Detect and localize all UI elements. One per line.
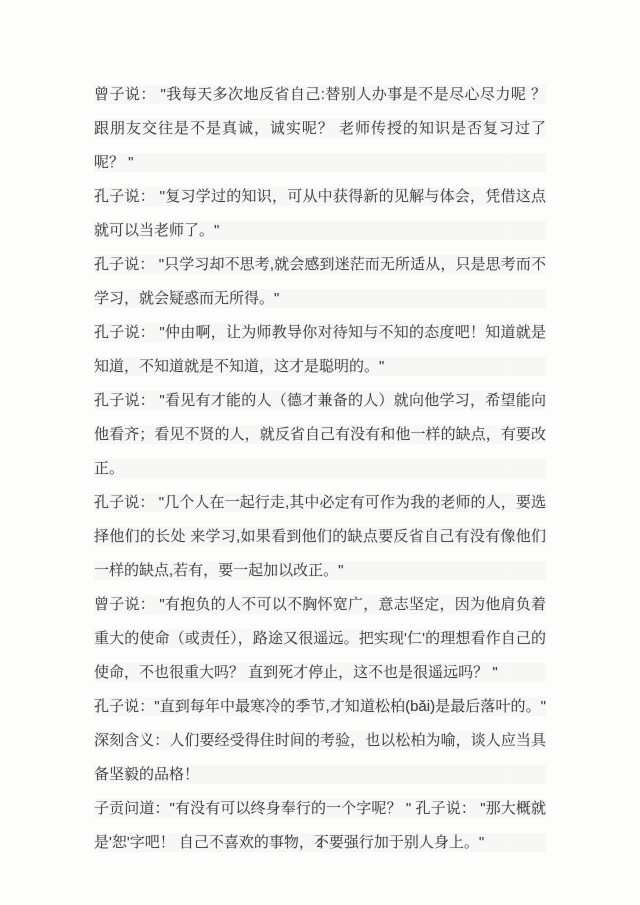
page-number: 2 — [0, 836, 640, 850]
document-page: 曾子说： "我每天多次地反省自己:替别人办事是不是尽心尽力呢 ？ 跟朋友交往是不… — [0, 0, 640, 905]
paragraph-knowing-not-knowing: 孔子说： "仲由啊，让为师教导你对待知与不知的态度吧！知道就是知道，不知道就是不… — [94, 316, 546, 384]
paragraph-emulate-the-worthy: 孔子说： "看见有才能的人（德才兼备的人）就向他学习，希望能向他看齐；看见不贤的… — [94, 384, 546, 486]
text-block: 曾子说： "我每天多次地反省自己:替别人办事是不是尽心尽力呢 ？ 跟朋友交往是不… — [94, 78, 546, 860]
paragraph-zengzi-broad-mind: 曾子说： "有抱负的人不可以不胸怀宽广，意志坚定，因为他肩负着重大的使命（或责任… — [94, 588, 546, 690]
paragraph-three-people-walking: 孔子说： "几个人在一起行走,其中必定有可作为我的老师的人，要选择他们的长处 来… — [94, 486, 546, 588]
paragraph-pine-cypress: 孔子说："直到每年中最寒冷的季节,才知道松柏(bǎi)是最后落叶的。" 深刻含义… — [94, 690, 546, 792]
paragraph-zengzi-self-reflection: 曾子说： "我每天多次地反省自己:替别人办事是不是尽心尽力呢 ？ 跟朋友交往是不… — [94, 78, 546, 180]
paragraph-review-knowledge: 孔子说： ''复习学过的知识，可从中获得新的见解与体会，凭借这点就可以当老师了。… — [94, 180, 546, 248]
paragraph-learning-thinking: 孔子说： "只学习却不思考,就会感到迷茫而无所适从，只是思考而不学习，就会疑惑而… — [94, 248, 546, 316]
